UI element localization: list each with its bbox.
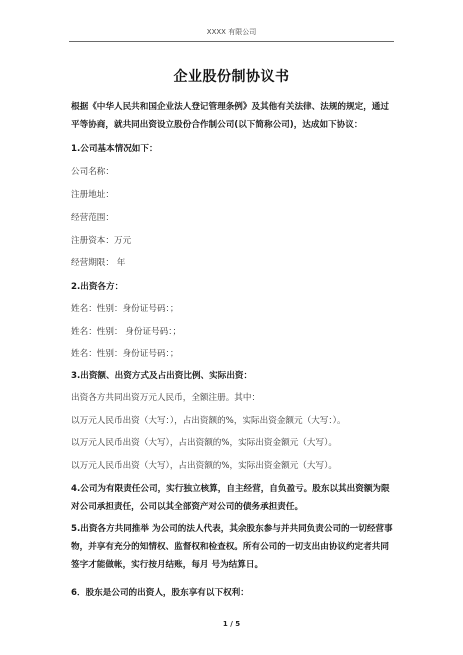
business-scope-field: 经营范围： (71, 209, 401, 227)
section-4-line-2: 对公司承担责任，公司以其全部资产对公司的债务承担责任。 (71, 498, 401, 516)
section-3-heading: 3.出资额、出资方式及占出资比例、实际出资： (71, 367, 401, 385)
document-title: 企业股份制协议书 (0, 66, 463, 86)
section-5-line-2: 物，并享有充分的知情权、监督权和检查权。所有公司的一切支出由协议约定者共同 (71, 538, 401, 556)
registered-capital-field: 注册资本：万元 (71, 232, 401, 250)
section-6-heading: 6．股东是公司的出资人，股东享有以下权利： (71, 584, 401, 602)
investor-line-2: 姓名：性别： 身份证号码：； (71, 323, 401, 341)
section-5-line-3: 签字才能做帐，实行按月结账，每月 号为结算日。 (71, 556, 401, 574)
section-2-heading: 2.出资各方： (71, 278, 401, 296)
total-capital-line: 出资各方共同出资万元人民币，全额注册。其中： (71, 389, 401, 407)
registered-address-field: 注册地址： (71, 186, 401, 204)
investor-line-3: 姓名：性别：身份证号码：； (71, 345, 401, 363)
page-number: 1 / 5 (0, 620, 463, 628)
operating-period-field: 经营期限： 年 (71, 254, 401, 272)
contribution-line-1: 以万元人民币出资（大写：），占出资额的%，实际出资金额元（大写：）。 (71, 412, 401, 430)
company-name-field: 公司名称： (71, 163, 401, 181)
contribution-line-3: 以万元人民币出资（大写），占出资额的%，实际出资金额元（大写）。 (71, 457, 401, 475)
intro-line-1: 根据《中华人民共和国企业法人登记管理条例》及其他有关法律、法规的规定，通过 (71, 98, 401, 116)
intro-line-2: 平等协商，就共同出资设立股份合作制公司(以下简称公司)，达成如下协议： (71, 116, 401, 134)
section-1-heading: 1.公司基本情况如下： (71, 140, 401, 158)
header-rule (69, 41, 394, 42)
page-header: XXXX 有限公司 (69, 27, 394, 37)
contribution-line-2: 以万元人民币出资（大写），占出资额的%，实际出资金额元（大写）。 (71, 434, 401, 452)
section-5-line-1: 5.出资各方共同推举 为公司的法人代表，其余股东参与并共同负责公司的一切经营事 (71, 520, 401, 538)
investor-line-1: 姓名：性别：身份证号码：； (71, 300, 401, 318)
section-4-line-1: 4.公司为有限责任公司，实行独立核算，自主经营，自负盈亏。股东以其出资额为限 (71, 480, 401, 498)
